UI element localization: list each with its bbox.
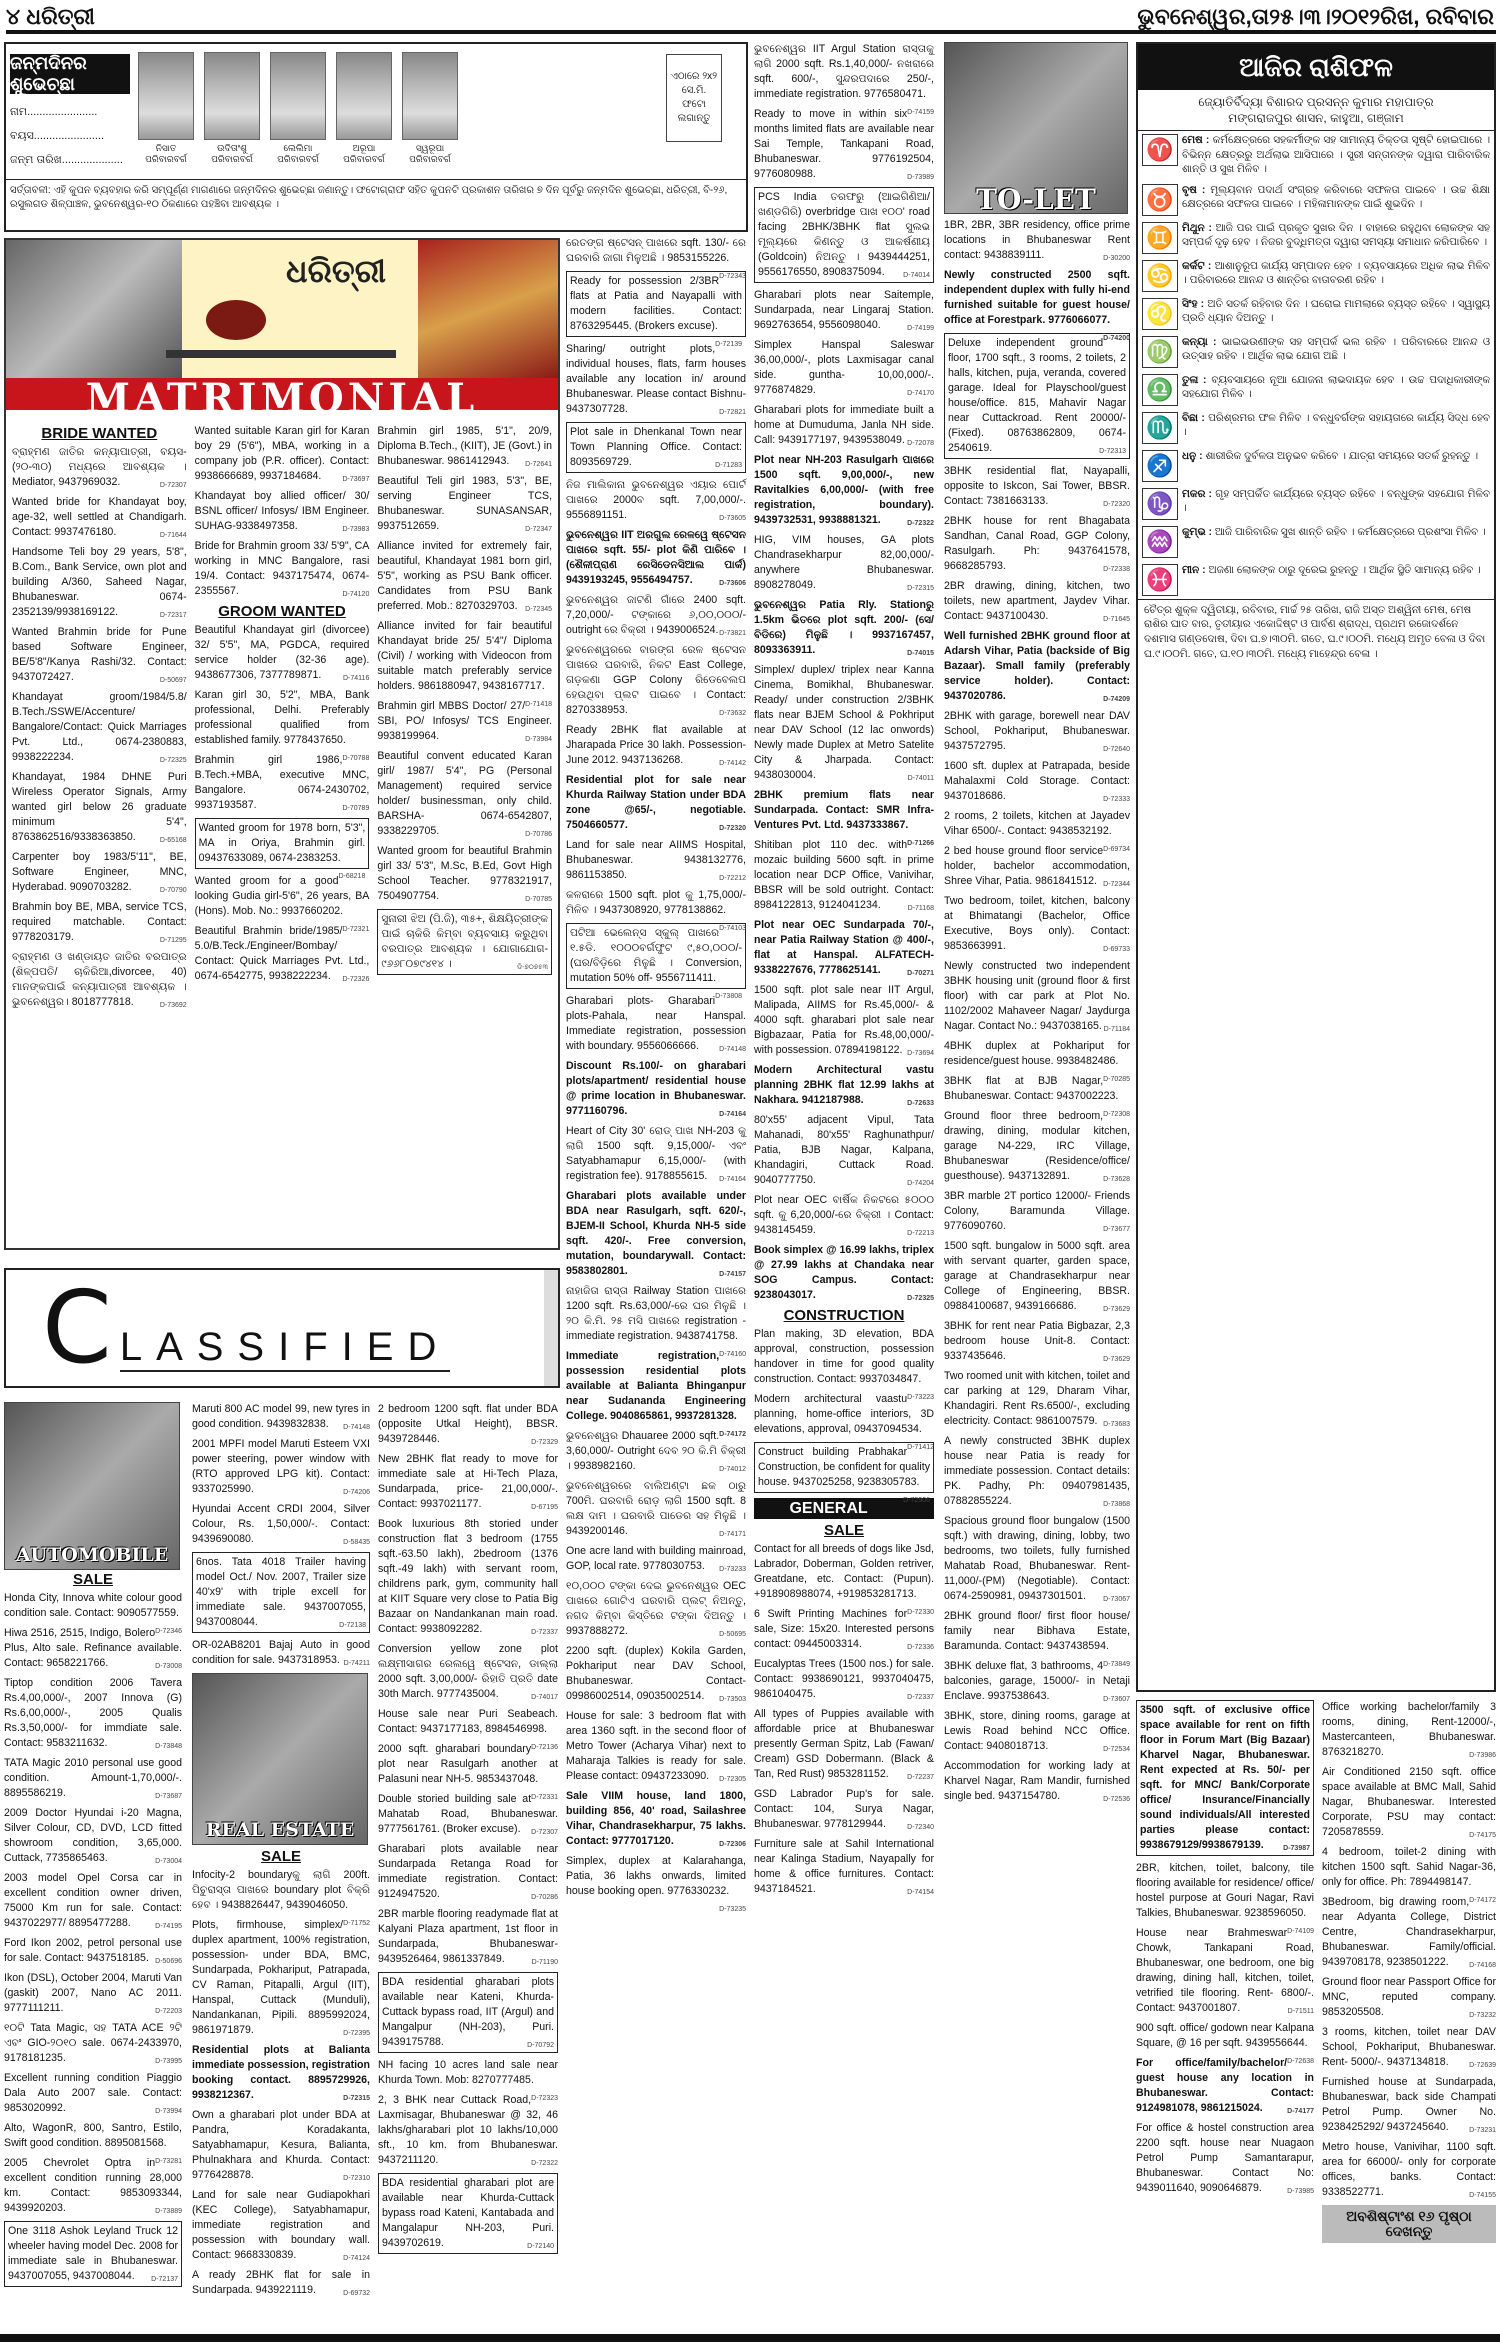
ad-code: D-72633 — [907, 1096, 934, 1111]
ad-code: D-73004 — [155, 1854, 182, 1869]
continued-note: ଅବଶିଷ୍ଟାଂଶ ୧୬ ପୃଷ୍ଠା ଦେଖନ୍ତୁ — [1322, 2205, 1496, 2243]
matrimonial-col-2: Wanted suitable Karan girl for Karan boy… — [195, 424, 370, 1015]
sagittarius-icon: ♐ — [1142, 450, 1178, 482]
classified-ad: Two bedroom, toilet, kitchen, balcony at… — [944, 894, 1130, 954]
classified-ad: Ready to move in within six months limit… — [754, 107, 934, 182]
masthead: ୪ ଧରିତ୍ରୀ ଭୁବନେଶ୍ୱର,ତା୨୫।୩।୨୦୧୨ରିଖ, ରବିବ… — [0, 0, 1500, 34]
matrimonial-col-3: Brahmin girl 1985, 5'1", 20/9, Diploma B… — [377, 424, 552, 1015]
ad-text: A newly constructed 3BHK duplex house ne… — [944, 1435, 1130, 1507]
child-photo — [138, 52, 194, 140]
sign-name: କୁମ୍ଭ — [1182, 527, 1206, 538]
ad-code: D-72333 — [1103, 792, 1130, 807]
ad-code: D-74200 — [1103, 331, 1130, 346]
classified-ad: ଭୁବନେଶ୍ୱର IIT ଅରଗୁଲ ରେଳୱେ ଷ୍ଟେସନ ପାଖରେ s… — [566, 528, 746, 588]
classified-ad: 2, 3 BHK near Cuttack Road, Laxmisagar, … — [378, 2093, 558, 2168]
ad-code: D-30200 — [1103, 251, 1130, 266]
ad-text: 2BHK with garage, borewell near DAV Scho… — [944, 710, 1130, 752]
ad-code: D-73868 — [1103, 1497, 1130, 1512]
ad-code: D-71644 — [160, 528, 187, 543]
real-estate-col-4: ରେତଙ୍ଗ ଷ୍ଟେସନ୍ ପାଖରେ sqft. 130/- ରେ ଘରବା… — [566, 236, 746, 1917]
classified-ad: ଭୁବନେଶ୍ୱର Dhauaree 2000 sqft. 3,60,000/-… — [566, 1429, 746, 1474]
horoscope-section: ଆଜିର ରାଶିଫଳ ଜ୍ୟୋତିର୍ବିଦ୍ୟା ବିଶାରଦ ପ୍ରସନ୍… — [1136, 42, 1496, 1692]
ad-code: D-73692 — [160, 998, 187, 1013]
ad-code: D-72337 — [907, 1690, 934, 1705]
ad-code: D-74124 — [343, 2251, 370, 2266]
ad-code: D-69733 — [1103, 942, 1130, 957]
ad-text: 3BHK, store, dining rooms, garage at Lew… — [944, 1710, 1130, 1752]
ad-code: D-73607 — [1103, 1692, 1130, 1707]
classified-ad: Air Conditioned 2150 sqft. office space … — [1322, 1765, 1496, 1840]
ad-code: D-73677 — [1103, 1222, 1130, 1237]
ad-code: D-72641 — [525, 457, 552, 472]
panchang: ଚୈତ୍ର ଶୁକ୍ଳ ଦ୍ୱିତୀୟା, ରବିବାର, ମାର୍ଚ୍ଚ ୨୫… — [1138, 599, 1494, 666]
classified-ad: 2BHK ground floor/ first floor house/ fa… — [944, 1609, 1130, 1654]
ad-text: Wanted groom for 1978 born, 5'3", MA in … — [199, 822, 366, 864]
ad-code: D-74211 — [344, 1656, 370, 1671]
ad-code: D-73995 — [155, 2054, 182, 2069]
ad-code: D-69734 — [1103, 842, 1130, 857]
virgo-icon: ♍ — [1142, 336, 1178, 368]
classified-ad: 6 Swift Printing Machines for sale, Size… — [754, 1607, 934, 1652]
ad-text: ନାହାଜିତା ରାସ୍ତା Railway Station ପାଖରେ 12… — [566, 1285, 746, 1342]
ad-text: ରେତଙ୍ଗ ଷ୍ଟେସନ୍ ପାଖରେ sqft. 130/- ରେ ଘରବା… — [566, 237, 746, 264]
classified-ad: Metro house, Vanivihar, 1100 sqft. area … — [1322, 2140, 1496, 2200]
ad-text: Immediate registration, possession resid… — [566, 1350, 746, 1422]
classified-ad: Gharabari plots for immediate built a ho… — [754, 403, 934, 448]
ad-code: D-70271 — [907, 966, 934, 981]
matrimonial-banner: ଧରିତ୍ରୀ MATRIMONIAL — [6, 240, 558, 410]
birthday-terms: ସର୍ତ୍ତାବଳୀ: ଏହି କୁପନ ବ୍ୟବହାର କରି ସମ୍ପୂର୍… — [6, 179, 746, 216]
cancer-icon: ♋ — [1142, 260, 1178, 292]
ad-code: D-71295 — [160, 933, 187, 948]
classified-ad: HIG, VIM houses, GA plots Chandrasekharp… — [754, 533, 934, 593]
classified-ad: Wanted groom for beautiful Brahmin girl … — [377, 844, 552, 904]
automobile-image: AUTOMOBILE — [4, 1402, 180, 1570]
ad-text: Plots, firmhouse, simplex/ duplex apartm… — [192, 1919, 370, 2036]
ad-code: D-72338 — [1103, 562, 1130, 577]
ad-text: 2BR, kitchen, toilet, balcony, tile floo… — [1136, 1862, 1314, 1919]
photo-card: ନିସାତପରିବାରବର୍ଗ — [138, 52, 194, 165]
ad-code: D-72323 — [531, 2091, 558, 2106]
ad-code: D-72536 — [1103, 1792, 1130, 1807]
ad-code: D-71168 — [908, 901, 934, 916]
horoscope-sign: ♎ତୁଳା : ବ୍ୟବସାୟରେ ନୂଆ ଯୋଜନା ଲାଭଦାୟକ ହେବ … — [1138, 371, 1494, 409]
ad-code: D-72213 — [907, 1226, 934, 1241]
classified-ad: Brahmin girl 1985, 5'1", 20/9, Diploma B… — [377, 424, 552, 469]
sign-name: ତୁଳା — [1182, 375, 1198, 386]
horoscope-sign: ♏ବିଛା : ପରିଶ୍ରମର ଫଳ ମିଳିବ । ବନ୍ଧୁବର୍ଗଙ୍କ… — [1138, 409, 1494, 447]
ad-code: D-74116 — [343, 671, 369, 686]
pisces-icon: ♓ — [1142, 564, 1178, 596]
classified-ad: 3BR marble 2T portico 12000/- Friends Co… — [944, 1189, 1130, 1234]
classified-ad: Alliance invited for fair beautiful Khan… — [377, 619, 552, 694]
child-family: ପରିବାରବର୍ଗ — [336, 154, 392, 165]
ad-code: D-74209 — [1103, 692, 1130, 707]
classified-ad: Office working bachelor/family 3 rooms, … — [1322, 1700, 1496, 1760]
classified-banner: C LASSIFIED — [4, 1268, 560, 1388]
ad-text: Newly constructed 2500 sqft. independent… — [944, 269, 1130, 326]
classified-ad: 2 rooms, 2 toilets, kitchen at Jayadev V… — [944, 809, 1130, 839]
ad-text: 2BHK premium flats near Sundarpada. Cont… — [754, 789, 934, 831]
sign-name: ମକର — [1182, 489, 1205, 500]
classified-ad: Sharing/ outright plots, individual hous… — [566, 342, 746, 417]
classified-ad: 6nos. Tata 4018 Trailer having model Oct… — [192, 1552, 370, 1633]
real-estate-col-3: 2 bedroom 1200 sqft. flat under BDA (opp… — [378, 1402, 558, 2259]
ad-code: D-72315 — [343, 2091, 370, 2106]
classified-ad: Simplex/ duplex/ triplex near Kanna Cine… — [754, 663, 934, 783]
ad-text: 2 rooms, 2 toilets, kitchen at Jayadev V… — [944, 810, 1130, 837]
child-photo — [204, 52, 260, 140]
ad-code: D-73235 — [719, 1902, 746, 1917]
classified-ad: Maruti 800 AC model 99, new tyres in goo… — [192, 1402, 370, 1432]
classified-ad: 4 bedroom, toilet-2 dining with kitchen … — [1322, 1845, 1496, 1890]
date-line: ଭୁବନେଶ୍ୱର,ତା୨୫।୩।୨୦୧୨ରିଖ, ରବିବାର — [1137, 4, 1494, 30]
classified-ad: Book luxurious 8th storied under constru… — [378, 1517, 558, 1637]
classified-ad: ୧୦ଟି Tata Magic, ସହ TATA ACE ୨ଟି ଏବଂ GIO… — [4, 2021, 182, 2066]
ad-code: D-71418 — [525, 697, 552, 712]
ad-code: D-73683 — [1103, 1417, 1130, 1432]
ad-code: D-73987 — [1283, 1841, 1310, 1856]
ad-code: D-72322 — [531, 2156, 558, 2171]
classified-ad: Furnished house at Sundarpada, Bhubanesw… — [1322, 2075, 1496, 2135]
ad-code: D-72315 — [907, 581, 934, 596]
classified-ad: New 2BHK flat ready to move for immediat… — [378, 1452, 558, 1512]
ad-code: D-74142 — [719, 756, 746, 771]
classified-ad: Conversion yellow zone plot ଲକ୍ଷ୍ମୀସାଗର … — [378, 1642, 558, 1702]
child-family: ପରିବାରବର୍ଗ — [270, 154, 326, 165]
automobile-col-2: Maruti 800 AC model 99, new tyres in goo… — [192, 1402, 370, 2303]
ad-code: D-73232 — [1469, 2008, 1496, 2023]
sign-body: କନ୍ୟା : ଭାଇଭଉଣୀଙ୍କ ସହ ସମ୍ପର୍କ ଭଲ ରହିବ । … — [1182, 336, 1490, 368]
classified-ad: ରେତଙ୍ଗ ଷ୍ଟେସନ୍ ପାଖରେ sqft. 130/- ରେ ଘରବା… — [566, 236, 746, 266]
ad-code: D-74148 — [343, 1420, 370, 1435]
sign-text: ଆଜି ପର ପାଇଁ ପ୍ରକୃତ ସୁଖର ଦିନ । ବାହାରେ ରହୁ… — [1182, 223, 1490, 249]
child-family: ପରିବାରବର୍ଗ — [204, 154, 260, 165]
ad-code: D-72308 — [1103, 1107, 1130, 1122]
ad-code: D-74011 — [908, 771, 934, 786]
ad-text: Contact for all breeds of dogs like Jsd,… — [754, 1543, 934, 1600]
automobile-col-1: AUTOMOBILE SALE Honda City, Innova white… — [4, 1402, 182, 2292]
ad-text: କଳରାରେ 1500 sqft. plot କୁ 1,75,000/- ମିଳ… — [566, 889, 746, 916]
ad-code: D-74164 — [719, 1172, 746, 1187]
classified-ad: Simplex Hanspal Saleswar 36,00,000/-, pl… — [754, 338, 934, 398]
child-name: ସ୍ୱରୂପା — [402, 143, 458, 154]
construction-heading: CONSTRUCTION — [754, 1308, 934, 1323]
classified-ad: Furniture sale at Sahil International ne… — [754, 1837, 934, 1897]
classified-ad: Ground floor three bedroom, drawing, din… — [944, 1109, 1130, 1184]
sign-text: ଗୃହ ସମ୍ପର୍କିତ କାର୍ଯ୍ୟରେ ବ୍ୟସ୍ତ ରହିବେ । ବ… — [1182, 489, 1490, 515]
child-photo — [336, 52, 392, 140]
birthday-coupon: ଜନ୍ମଦିନର ଶୁଭେଚ୍ଛା ନାମ...................… — [4, 42, 748, 232]
ad-code: D-72320 — [1103, 497, 1130, 512]
classified-ad: 900 sqft. office/ godown near Kalpana Sq… — [1136, 2021, 1314, 2051]
ad-code: D-58435 — [343, 1535, 370, 1550]
ad-text: House near Brahmeswar Chowk, Tankapani R… — [1136, 1927, 1314, 2014]
ad-code: D-72325 — [907, 1291, 934, 1306]
classified-ad: Well furnished 2BHK ground floor at Adar… — [944, 629, 1130, 704]
masthead-rule — [6, 30, 1496, 34]
classified-ad: Wanted groom for 1978 born, 5'3", MA in … — [195, 818, 370, 869]
classified-ad: Gharabari plots near Saitemple, Sundarpa… — [754, 288, 934, 333]
ad-code: D-72906 — [903, 1493, 930, 1508]
classified-ad: Bride for Brahmin groom 33/ 5'9", CA wor… — [195, 539, 370, 599]
ad-code: D-72320 — [719, 821, 746, 836]
ad-text: Plan making, 3D elevation, BDA approval,… — [754, 1328, 934, 1385]
classified-ad: House for sale: 3 bedroom flat with area… — [566, 1709, 746, 1784]
ad-text: NH facing 10 acres land sale near Khurda… — [378, 2059, 558, 2086]
child-photo — [402, 52, 458, 140]
ad-text: ପଟିଆ ଭେଲେନ୍ସ ସ୍କୁଲ୍ ପାଖରେ ୧.୫ଡି. ୧୦୦୦ବର୍… — [570, 927, 742, 984]
classified-ad: 3 rooms, kitchen, toilet near DAV School… — [1322, 2025, 1496, 2070]
automobile-caption: AUTOMOBILE — [5, 1548, 179, 1563]
ad-code: D-72340 — [907, 1820, 934, 1835]
sign-body: ବୃଷ : ମୂଲ୍ୟବାନ ପଦାର୍ଥ ସଂଗ୍ରହ କରିବାରେ ସଫଳ… — [1182, 184, 1490, 216]
ad-code: D-73983 — [342, 522, 369, 537]
classified-ad: ବ୍ରାହ୍ମଣ ଜାତିର କନ୍ୟାପାତ୍ରୀ, ବୟସ-(୨୦-୩୦) … — [12, 445, 187, 490]
ad-code: D-70286 — [531, 1890, 558, 1905]
ad-code: D-71190 — [532, 1955, 558, 1970]
ad-text: 2BR drawing, dining, kitchen, two toilet… — [944, 580, 1130, 622]
classified-ad: Newly constructed 2500 sqft. independent… — [944, 268, 1130, 328]
ad-code: D-73223 — [907, 1390, 934, 1405]
horoscope-sign: ♊ମିଥୁନ : ଆଜି ପର ପାଇଁ ପ୍ରକୃତ ସୁଖର ଦିନ । ବ… — [1138, 219, 1494, 257]
horoscope-sign: ♒କୁମ୍ଭ : ଆଜି ପାରିବାରିକ ସୁଖ ଶାନ୍ତି ରହିବ ।… — [1138, 523, 1494, 561]
classified-ad: Ground floor near Passport Office for MN… — [1322, 1975, 1496, 2020]
classified-ad: 4BHK duplex at Pokhariput for residence/… — [944, 1039, 1130, 1069]
ad-code: D-71184 — [1104, 1022, 1130, 1037]
classified-ad: Shitiban plot 110 dec. with mozaic build… — [754, 838, 934, 913]
ad-text: Ready for possession 2/3BR flats at Pati… — [570, 275, 742, 332]
classified-ad: 2009 Doctor Hyundai i-20 Magna, Silver C… — [4, 1806, 182, 1866]
ad-code: D-72138 — [339, 1618, 366, 1633]
to-let-col-1: TO-LET 1BR, 2BR, 3BR residency, office p… — [944, 42, 1130, 1809]
ad-code: D-50695 — [719, 1627, 746, 1642]
ad-code: D-72310 — [343, 2171, 370, 2186]
sign-separator: : — [1197, 185, 1211, 196]
classified-ad: Modern Architectural vastu planning 2BHK… — [754, 1063, 934, 1108]
banner-edge — [544, 1270, 558, 1386]
ad-code: D-50696 — [155, 1954, 182, 1969]
gemini-icon: ♊ — [1142, 222, 1178, 254]
ad-code: D-70790 — [160, 883, 187, 898]
ad-text: 4BHK duplex at Pokhariput for residence/… — [944, 1040, 1130, 1067]
ad-code: D-72313 — [1099, 444, 1126, 459]
libra-icon: ♎ — [1142, 374, 1178, 406]
classified-ad: 3BHK residential flat, Nayapalli, opposi… — [944, 464, 1130, 509]
classified-ad: 1500 sqft. plot sale near IIT Argul, Mal… — [754, 983, 934, 1058]
sign-text: ଅତି ସତର୍କ ରହିବାର ଦିନ । ଘରୋଇ ମାମଲାରେ ବ୍ୟସ… — [1182, 299, 1490, 325]
classified-ad: One 3118 Ashok Leyland Truck 12 wheeler … — [4, 2221, 182, 2287]
ad-code: D-72307 — [531, 1825, 558, 1840]
ad-code: D-74172 — [1469, 1893, 1496, 1908]
classified-ad: Honda City, Innova white colour good con… — [4, 1591, 182, 1621]
ad-text: 3500 sqft. of exclusive office space ava… — [1140, 1704, 1310, 1851]
ad-code: D-73606 — [719, 576, 746, 591]
classified-ad: Wanted bride for Khandayat boy, age-32, … — [12, 495, 187, 540]
child-name: ଉଦିତାଂଶୁ — [204, 143, 260, 154]
ad-text: 3BHK flat at BJB Nagar, Bhubaneswar. Con… — [944, 1075, 1118, 1102]
ad-code: D-74195 — [155, 1919, 182, 1934]
shehnai-icon — [166, 350, 396, 358]
classified-ad: Sale VIIM house, land 1800, building 856… — [566, 1789, 746, 1849]
classified-ad: ଭୁବନେଶ୍ୱରରେ ବାରଙ୍ଗ ରେଳ ଷ୍ଟେସନ ପାଖରେ ଘରବା… — [566, 643, 746, 718]
ad-code: D-65168 — [160, 833, 187, 848]
ad-text: Construct building Prabhakar Constructio… — [758, 1446, 930, 1488]
classified-ad: Plot near OEC ବାର୍ଷିକ ନିକଟରେ ୫୦୦୦ sqft. … — [754, 1193, 934, 1238]
capricorn-icon: ♑ — [1142, 488, 1178, 520]
sign-name: କନ୍ୟା — [1182, 337, 1208, 348]
ad-code: D-74157 — [719, 1267, 746, 1282]
classified-ad: PCS India ତରଫରୁ (ଆଇଗିଣିଆ/ ଖଣ୍ଡଗିରି) over… — [754, 187, 934, 283]
classified-ad: Residential plots at Balianta immediate … — [192, 2043, 370, 2103]
name-field: ନାମ....................... — [10, 106, 97, 119]
ad-code: D-72078 — [907, 436, 934, 451]
classified-ad: Book simplex @ 16.99 lakhs, triplex @ 27… — [754, 1243, 934, 1303]
general-sale-heading: SALE — [754, 1523, 934, 1538]
ad-code: D-74014 — [903, 268, 930, 283]
classified-ad: One acre land with building mainroad, GO… — [566, 1544, 746, 1574]
sign-separator: : — [1205, 223, 1216, 234]
classified-ad: 2BR, kitchen, toilet, balcony, tile floo… — [1136, 1861, 1314, 1921]
ad-code: D-74148 — [719, 1042, 746, 1057]
astrologer-info: ଜ୍ୟୋତିର୍ବିଦ୍ୟା ବିଶାରଦ ପ୍ରସନ୍ନ କୁମାର ମହାପ… — [1138, 90, 1494, 131]
bride-photo — [418, 240, 558, 378]
classified-ad: Two roomed unit with kitchen, toilet and… — [944, 1369, 1130, 1429]
ad-code: D-72326 — [342, 972, 369, 987]
ad-code: D-69732 — [343, 2286, 370, 2301]
to-let-col-2: 3500 sqft. of exclusive office space ava… — [1136, 1700, 1314, 2201]
ad-text: Ground floor three bedroom, drawing, din… — [944, 1110, 1130, 1182]
classified-ad: 2 bedroom 1200 sqft. flat under BDA (opp… — [378, 1402, 558, 1447]
sign-body: ବିଛା : ପରିଶ୍ରମର ଫଳ ମିଳିବ । ବନ୍ଧୁବର୍ଗଙ୍କ … — [1182, 412, 1490, 444]
classified-ad: ପଟିଆ ଭେଲେନ୍ସ ସ୍କୁଲ୍ ପାଖରେ ୧.୫ଡି. ୧୦୦୦ବର୍… — [566, 923, 746, 989]
classified-ad: Excellent running condition Piaggio Dala… — [4, 2071, 182, 2116]
ad-code: D-73889 — [155, 2204, 182, 2219]
classified-ad: NH facing 10 acres land sale near Khurda… — [378, 2058, 558, 2088]
sign-body: ମେଷ : କର୍ମକ୍ଷେତ୍ରରେ ସହକର୍ମୀଙ୍କ ସହ ସାମାନ୍… — [1182, 134, 1490, 178]
matrimonial-section: ଧରିତ୍ରୀ MATRIMONIAL BRIDE WANTED ବ୍ରାହ୍ମ… — [4, 238, 560, 1250]
classified-ad: Eucalyptas Trees (1500 nos.) for sale. C… — [754, 1657, 934, 1702]
classified-ad: Plot near NH-203 Rasulgarh ପାଖରେ 1500 sq… — [754, 453, 934, 528]
ad-text: House sale near Puri Seabeach. Contact: … — [378, 1708, 558, 1735]
ad-text: Book luxurious 8th storied under constru… — [378, 1518, 558, 1635]
ad-code: D-70785 — [525, 892, 552, 907]
classified-ad: 1600 sft. duplex at Patrapada, beside Ma… — [944, 759, 1130, 804]
ad-text: 2 bed house ground floor service holder,… — [944, 845, 1130, 887]
ad-code: D-71645 — [1103, 612, 1130, 627]
classified-ad: Newly constructed two independent 3BHK h… — [944, 959, 1130, 1034]
ad-code: D-74172 — [719, 1427, 746, 1442]
ad-code: D-73848 — [155, 1739, 182, 1754]
classified-ad: Plan making, 3D elevation, BDA approval,… — [754, 1327, 934, 1387]
ad-code: D-72821 — [719, 405, 746, 420]
classified-ad: Heart of City 30' ରୋଡ୍ ପାଖ NH-203 କୁ ଲାଗ… — [566, 1124, 746, 1184]
ad-code: D-72347 — [525, 522, 552, 537]
sign-separator: : — [1205, 489, 1215, 500]
ad-code: D-73008 — [155, 1659, 182, 1674]
ad-code: D-70786 — [525, 827, 552, 842]
ad-code: D-74199 — [907, 321, 934, 336]
scorpio-icon: ♏ — [1142, 412, 1178, 444]
ad-code: D-50697 — [160, 673, 187, 688]
ad-text: ଭୁବନେଶ୍ୱର IIT Argul Station ରାସ୍ତାକୁ ଲାଗ… — [754, 43, 934, 100]
sign-separator: : — [1198, 413, 1208, 424]
matrimonial-title: MATRIMONIAL — [6, 378, 558, 410]
classified-ad: Khandayat, 1984 DHNE Puri Wireless Opera… — [12, 770, 187, 845]
ad-text: Deluxe independent ground floor, 1700 sq… — [948, 337, 1126, 454]
wedding-photo — [6, 240, 182, 378]
sign-body: ମକର : ଗୃହ ସମ୍ପର୍କିତ କାର୍ଯ୍ୟରେ ବ୍ୟସ୍ତ ରହି… — [1182, 488, 1490, 520]
horoscope-sign: ♑ମକର : ଗୃହ ସମ୍ପର୍କିତ କାର୍ଯ୍ୟରେ ବ୍ୟସ୍ତ ରହ… — [1138, 485, 1494, 523]
sign-body: କୁମ୍ଭ : ଆଜି ପାରିବାରିକ ସୁଖ ଶାନ୍ତି ରହିବ । … — [1182, 526, 1486, 558]
photo-card: ଲେଲିମାପରିବାରବର୍ଗ — [270, 52, 326, 165]
classified-ad: All types of Puppies available with affo… — [754, 1707, 934, 1782]
ad-code: D-73694 — [907, 1046, 934, 1061]
ad-code: D-72330 — [907, 1605, 934, 1620]
ad-code: D-72336 — [907, 1640, 934, 1655]
real-estate-caption: REAL ESTATE — [193, 1823, 367, 1838]
sign-name: କର୍କଟ — [1182, 261, 1205, 272]
ad-code: D-74170 — [907, 386, 934, 401]
ad-code: D-74164 — [719, 1107, 746, 1122]
ad-text: Alliance invited for fair beautiful Khan… — [377, 620, 552, 692]
sign-separator: : — [1203, 135, 1213, 146]
classified-ad: Handsome Teli boy 29 years, 5'8", B.Com.… — [12, 545, 187, 620]
ad-code: D-73281 — [155, 2154, 182, 2169]
classified-ad: 3500 sqft. of exclusive office space ava… — [1136, 1700, 1314, 1856]
dharitri-logo: ଧରିତ୍ରୀ — [286, 252, 386, 291]
ad-code: D-74155 — [1469, 2188, 1496, 2203]
ad-code: D-74175 — [1469, 1828, 1496, 1843]
ad-text: 3BR marble 2T portico 12000/- Friends Co… — [944, 1190, 1130, 1232]
classified-ad: Plot near OEC Sundarpada 70/-, near Pati… — [754, 918, 934, 978]
classified-ad: 2BHK with garage, borewell near DAV Scho… — [944, 709, 1130, 754]
ad-code: D-73989 — [907, 170, 934, 185]
ad-code: D-74171 — [719, 1527, 746, 1542]
horoscope-sign: ♈ମେଷ : କର୍ମକ୍ଷେତ୍ରରେ ସହକର୍ମୀଙ୍କ ସହ ସାମାନ… — [1138, 131, 1494, 181]
classified-ad: Plots, firmhouse, simplex/ duplex apartm… — [192, 1918, 370, 2038]
classified-ad: 2000 sqft. gharabari boundary plot near … — [378, 1742, 558, 1787]
sign-separator: : — [1208, 337, 1222, 348]
classified-ad: କଳରାରେ 1500 sqft. plot କୁ 1,75,000/- ମିଳ… — [566, 888, 746, 918]
sign-name: ମେଷ — [1182, 135, 1203, 146]
ad-code: D-72344 — [1103, 877, 1130, 892]
classified-ad: Wanted suitable Karan girl for Karan boy… — [195, 424, 370, 484]
sign-name: ବିଛା — [1182, 413, 1198, 424]
classified-ad: Land for sale near AIIMS Hospital, Bhuba… — [566, 838, 746, 883]
classified-ad: Discount Rs.100/- on gharabari plots/apa… — [566, 1059, 746, 1119]
classified-title: LASSIFIED — [120, 1325, 451, 1372]
matrimonial-columns: BRIDE WANTED ବ୍ରାହ୍ମଣ ଜାତିର କନ୍ୟାପାତ୍ରୀ,… — [12, 424, 552, 1015]
classified-ad: Land for sale near Gudiapokhari (KEC Col… — [192, 2188, 370, 2263]
child-family: ପରିବାରବର୍ଗ — [138, 154, 194, 165]
sign-separator: : — [1206, 527, 1215, 538]
photo-card: ଅରୂପାପରିବାରବର୍ଗ — [336, 52, 392, 165]
photo-card: ସ୍ୱରୂପାପରିବାରବର୍ଗ — [402, 52, 458, 165]
classified-ad: 3BHK, store, dining rooms, garage at Lew… — [944, 1709, 1130, 1754]
astrologer-name: ଜ୍ୟୋତିର୍ବିଦ୍ୟା ବିଶାରଦ ପ୍ରସନ୍ନ କୁମାର ମହାପ… — [1138, 94, 1494, 110]
sign-text: ବ୍ୟବସାୟରେ ନୂଆ ଯୋଜନା ଲାଭଦାୟକ ହେବ । ଉଚ୍ଚ ପ… — [1182, 375, 1490, 401]
ad-code: D-72638 — [1287, 2054, 1314, 2069]
ad-code: D-67195 — [531, 1500, 558, 1515]
classified-ad: 3BHK for rent near Patia Bigbazar, 2,3 b… — [944, 1319, 1130, 1364]
ad-code: D-72305 — [719, 1772, 746, 1787]
ad-text: Two bedroom, toilet, kitchen, balcony at… — [944, 895, 1130, 952]
horoscope-sign: ♌ସିଂହ : ଅତି ସତର୍କ ରହିବାର ଦିନ । ଘରୋଇ ମାମଲ… — [1138, 295, 1494, 333]
child-name: ଅରୂପା — [336, 143, 392, 154]
classified-ad: ଭୁବନେଶ୍ୱର IIT Argul Station ରାସ୍ତାକୁ ଲାଗ… — [754, 42, 934, 102]
ad-code: D-70792 — [527, 2038, 554, 2053]
